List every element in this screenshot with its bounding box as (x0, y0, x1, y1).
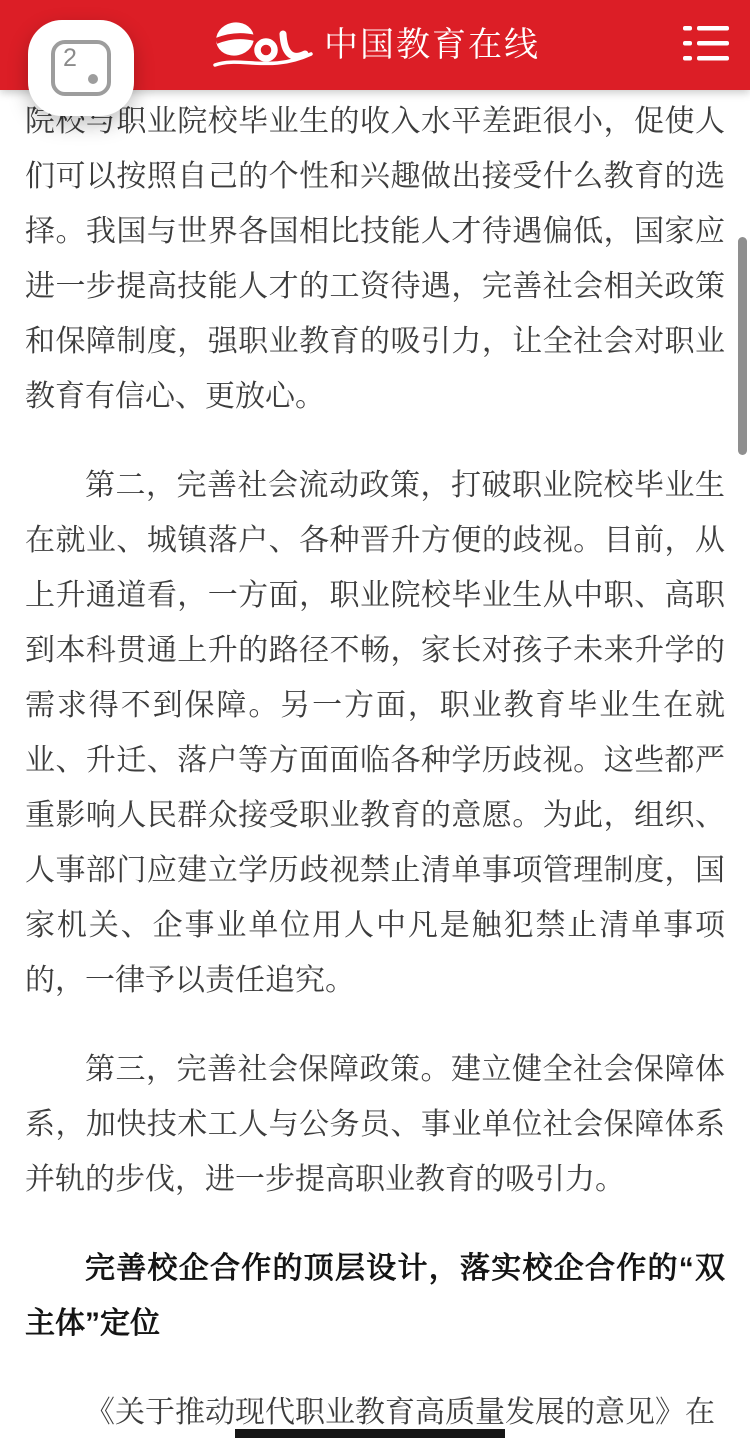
scrollbar-thumb[interactable] (738, 237, 747, 455)
paragraph-5: 《关于推动现代职业教育高质量发展的意见》在 (25, 1385, 725, 1440)
paragraph-2: 第二，完善社会流动政策，打破职业院校毕业生在就业、城镇落户、各种晋升方便的歧视。… (25, 458, 725, 1008)
paragraph-5-before: 《关于推动 (85, 1396, 235, 1429)
paragraph-1: 院校与职业院校毕业生的收入水平差距很小，促使人们可以按照自己的个性和兴趣做出接受… (25, 94, 725, 424)
mobile-article-page: 中国教育在线 2 院校与职业院校毕业生的收入水平差距很小，促使人们可以按照自己的 (0, 0, 750, 1446)
eol-logo-icon (210, 12, 314, 79)
tab-window-icon: 2 (51, 40, 111, 96)
site-logo[interactable]: 中国教育在线 (210, 12, 540, 79)
paragraph-3: 第三，完善社会保障政策。建立健全社会保障体系，加快技术工人与公务员、事业单位社会… (25, 1042, 725, 1207)
section-heading: 完善校企合作的顶层设计，落实校企合作的“双主体”定位 (25, 1241, 725, 1351)
site-title: 中国教育在线 (324, 28, 540, 62)
list-menu-icon (683, 25, 729, 66)
tab-count: 2 (63, 45, 77, 73)
article-body: 院校与职业院校毕业生的收入水平差距很小，促使人们可以按照自己的个性和兴趣做出接受… (0, 90, 750, 1440)
underlined-phrase: 现代职业教育高质量 (235, 1396, 505, 1438)
tab-dot-icon (88, 74, 98, 84)
floating-tab-badge[interactable]: 2 (28, 20, 134, 116)
paragraph-5-after: 发展的意见》在 (505, 1396, 715, 1429)
menu-button[interactable] (682, 25, 730, 65)
